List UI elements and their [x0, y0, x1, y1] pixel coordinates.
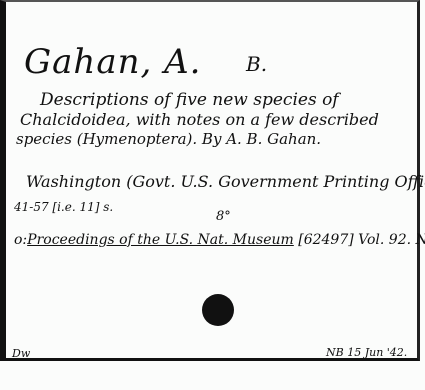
catalog-date-note: NB 15 Jun '42.: [326, 346, 407, 359]
cataloger-initials: Dw: [12, 347, 30, 360]
series-title: Proceedings of the U.S. Nat. Museum: [27, 232, 294, 248]
series-prefix: o:: [14, 232, 27, 248]
series-note: o:Proceedings of the U.S. Nat. Museum [6…: [14, 232, 425, 248]
punch-hole: [202, 294, 234, 326]
title-line-3: species (Hymenoptera). By A. B. Gahan.: [16, 130, 321, 148]
series-detail: [62497] Vol. 92. No. 3137.: [294, 232, 425, 248]
author-name: Gahan, A.: [24, 42, 201, 82]
imprint: Washington (Govt. U.S. Government Printi…: [26, 172, 425, 191]
author-initial: B.: [246, 52, 267, 76]
format-size: 8°: [216, 209, 231, 224]
pagination: 41-57 [i.e. 11] s.: [14, 200, 113, 214]
title-line-1: Descriptions of five new species of: [40, 90, 339, 110]
title-line-2: Chalcidoidea, with notes on a few descri…: [20, 110, 379, 129]
catalog-card: Gahan, A. B. Descriptions of five new sp…: [0, 0, 420, 361]
